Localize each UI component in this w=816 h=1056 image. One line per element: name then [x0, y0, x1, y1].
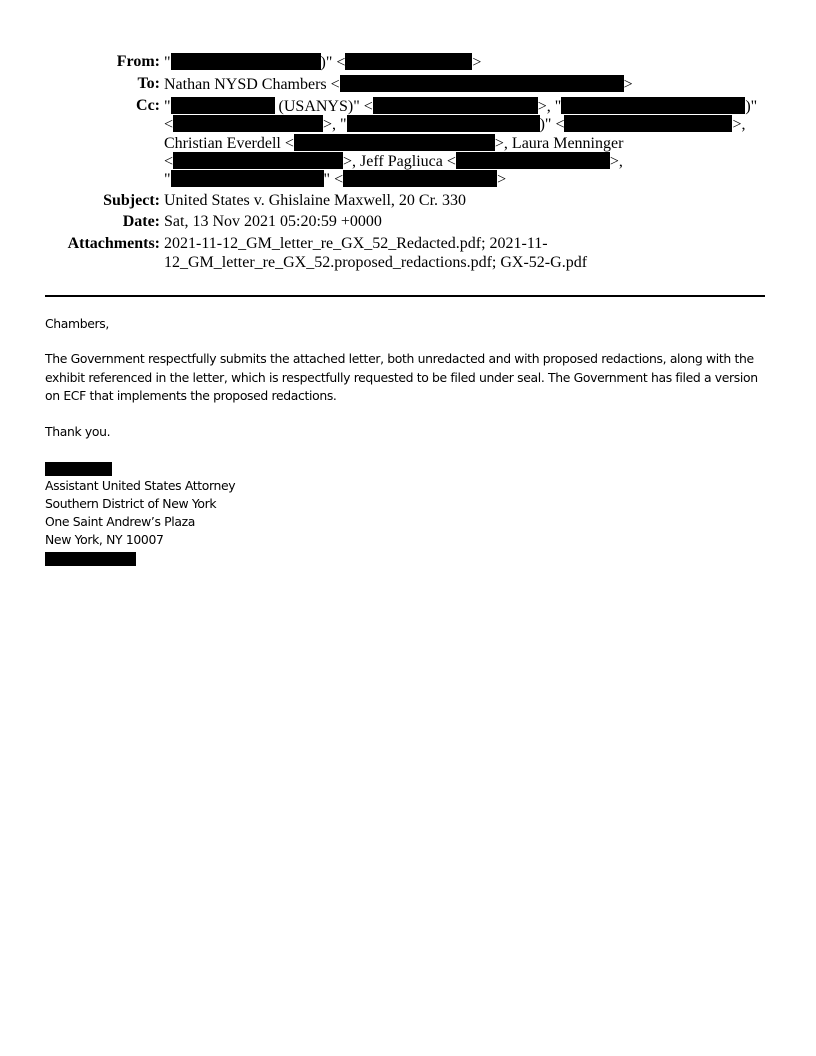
redaction: [373, 97, 538, 114]
subject-label: Subject:: [103, 192, 160, 210]
redaction: [171, 97, 275, 114]
redaction: [294, 134, 495, 151]
redaction: [456, 152, 610, 169]
redaction: [347, 115, 540, 132]
paragraph-line-1: The Government respectfully submits the …: [45, 350, 754, 368]
paragraph-line-2: exhibit referenced in the letter, which …: [45, 369, 758, 387]
signature-contact-redaction: [45, 552, 136, 566]
attachments-label: Attachments:: [68, 235, 160, 253]
cc-label: Cc:: [136, 97, 160, 115]
subject-value: United States v. Ghislaine Maxwell, 20 C…: [164, 192, 466, 210]
closing: Thank you.: [45, 423, 110, 441]
date-label: Date:: [123, 213, 160, 231]
paragraph-line-3: on ECF that implements the proposed reda…: [45, 387, 337, 405]
greeting: Chambers,: [45, 315, 109, 333]
redaction: [171, 170, 324, 187]
signature-address-2: New York, NY 10007: [45, 531, 164, 549]
from-label: From:: [117, 53, 160, 71]
attachments-line-2: 12_GM_letter_re_GX_52.proposed_redaction…: [164, 254, 587, 272]
signature-title: Assistant United States Attorney: [45, 477, 235, 495]
signature-name-redaction: [45, 462, 112, 476]
signature-address-1: One Saint Andrew’s Plaza: [45, 513, 195, 531]
redaction: [345, 53, 472, 70]
signature-office: Southern District of New York: [45, 495, 216, 513]
redaction: [173, 152, 343, 169]
redaction: [561, 97, 745, 114]
redaction: [171, 53, 321, 70]
to-label: To:: [137, 75, 160, 93]
redaction: [343, 170, 497, 187]
redaction: [173, 115, 323, 132]
date-value: Sat, 13 Nov 2021 05:20:59 +0000: [164, 213, 382, 231]
redaction: [564, 115, 732, 132]
header-divider: [45, 295, 765, 297]
redaction: [340, 75, 624, 92]
attachments-line-1: 2021-11-12_GM_letter_re_GX_52_Redacted.p…: [164, 235, 548, 253]
